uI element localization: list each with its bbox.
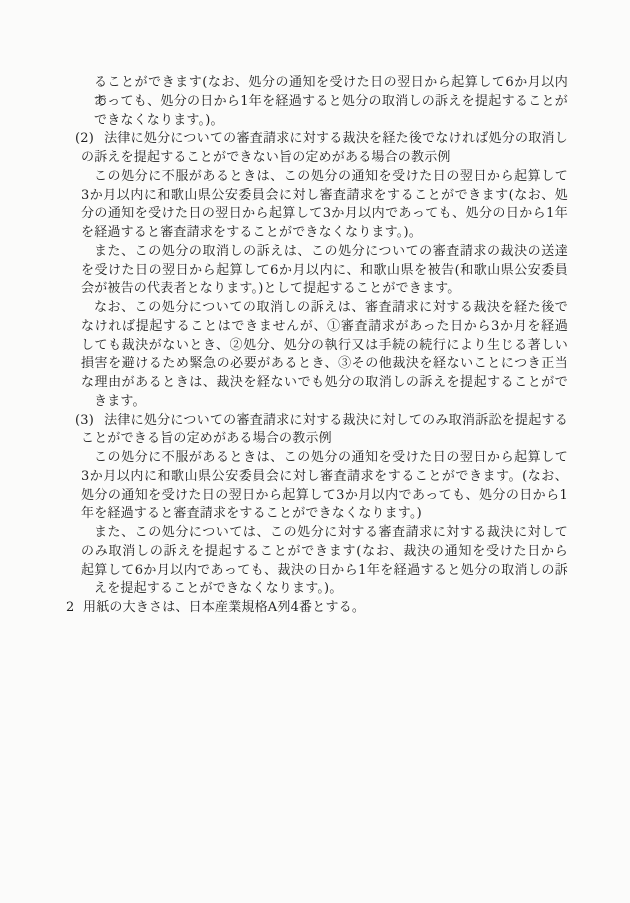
document-line: この処分に不服があるときは、この処分の通知を受けた日の翌日から起算して — [94, 168, 568, 187]
item-label: (2) — [75, 130, 104, 149]
document-line: えを提起することができなくなります。)。 — [94, 580, 630, 599]
document-line: 3か月以内に和歌山県公安委員会に対し審査請求をすることができます(なお、処 — [81, 187, 568, 206]
document-line: 起算して6か月以内であっても、裁決の日から1年を経過すると処分の取消しの訴 — [81, 562, 568, 581]
document-line: 年を経過すると審査請求をすることができなくなります。) — [81, 505, 630, 524]
document-line: なお、この処分についての取消しの訴えは、審査請求に対する裁決を経た後で — [94, 299, 568, 318]
document-line: 処分の通知を受けた日の翌日から起算して3か月以内であっても、処分の日から1 — [81, 487, 568, 506]
document-line: ることができます(なお、処分の通知を受けた日の翌日から起算して6か月以内で — [94, 74, 568, 93]
item-label: (3) — [75, 412, 104, 431]
document-line: を経過すると審査請求をすることができなくなります。)。 — [81, 224, 630, 243]
document-line: あっても、処分の日から1年を経過すると処分の取消しの訴えを提起することが — [94, 93, 568, 112]
document-line: 会が被告の代表者となります。)として提起することができます。 — [81, 280, 630, 299]
item-heading-text: 法律に処分についての審査請求に対する裁決に対してのみ取消訴訟を提起する — [104, 413, 568, 428]
document-line: なければ提起することはできませんが、①審査請求があった日から3か月を経過 — [81, 318, 568, 337]
document-line-item-2: (2)法律に処分についての審査請求に対する裁決を経た後でなければ処分の取消し — [75, 130, 568, 149]
document-line: 損害を避けるため緊急の必要があるとき、③その他裁決を経ないことにつき正当 — [81, 355, 568, 374]
document-line: しても裁決がないとき、②処分、処分の執行又は手続の続行により生じる著しい — [81, 337, 568, 356]
document-line: を受けた日の翌日から起算して6か月以内に、和歌山県を被告(和歌山県公安委員 — [81, 262, 568, 281]
document-line: この処分に不服があるときは、この処分の通知を受けた日の翌日から起算して — [94, 449, 568, 468]
item-label: 2 — [66, 599, 83, 618]
document-line: ことができる旨の定めがある場合の教示例 — [81, 430, 630, 449]
document-line: 3か月以内に和歌山県公安委員会に対し審査請求をすることができます。(なお、 — [81, 468, 568, 487]
document-line: できなくなります。)。 — [94, 112, 630, 131]
item-heading-text: 法律に処分についての審査請求に対する裁決を経た後でなければ処分の取消し — [104, 131, 568, 146]
item-text: 用紙の大きさは、日本産業規格A列4番とする。 — [83, 600, 365, 615]
document-line: 分の通知を受けた日の翌日から起算して3か月以内であっても、処分の日から1年 — [81, 205, 568, 224]
document-line: きます。 — [94, 393, 630, 412]
document-line: の訴えを提起することができない旨の定めがある場合の教示例 — [81, 149, 630, 168]
document-line-item-3: (3)法律に処分についての審査請求に対する裁決に対してのみ取消訴訟を提起する — [75, 412, 568, 431]
page: ることができます(なお、処分の通知を受けた日の翌日から起算して6か月以内で あっ… — [0, 0, 630, 903]
document-line: のみ取消しの訴えを提起することができます(なお、裁決の通知を受けた日から — [81, 543, 568, 562]
document-line: な理由があるときは、裁決を経ないでも処分の取消しの訴えを提起することがで — [81, 374, 568, 393]
document-line: また、この処分の取消しの訴えは、この処分についての審査請求の裁決の送達 — [94, 243, 568, 262]
document-line-item-paper-size: 2用紙の大きさは、日本産業規格A列4番とする。 — [66, 599, 630, 618]
document-line: また、この処分については、この処分に対する審査請求に対する裁決に対して — [94, 524, 568, 543]
document-body: ることができます(なお、処分の通知を受けた日の翌日から起算して6か月以内で あっ… — [0, 0, 630, 618]
